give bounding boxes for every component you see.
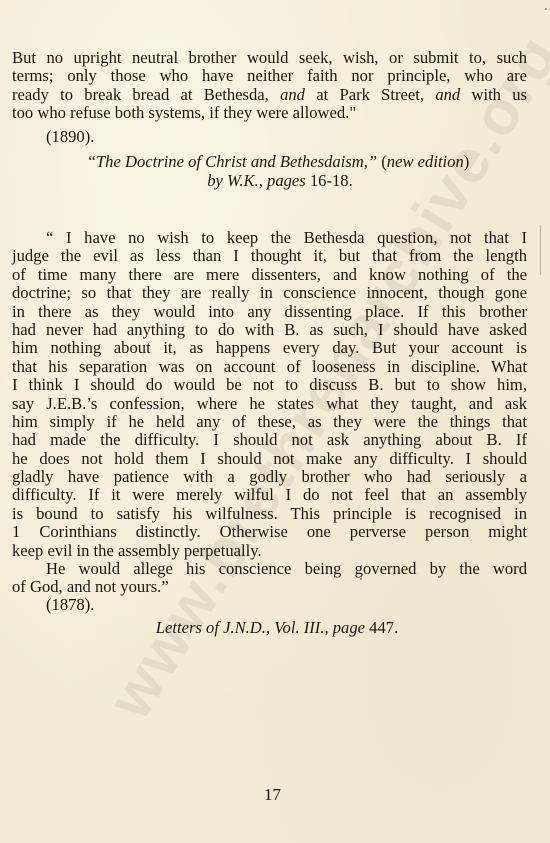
text-line: But no upright neutral brother would see… (12, 49, 527, 67)
text-line: “ I have no wish to keep the Bethesda qu… (12, 229, 527, 247)
text-line: in there as they would into any dissenti… (12, 303, 527, 321)
first-quote-source: “The Doctrine of Christ and Bethesdaism,… (0, 152, 550, 190)
speck (360, 578, 362, 580)
source-edition: new edition (387, 152, 464, 171)
text-line: say J.E.B.’s confession, where he states… (12, 395, 527, 413)
text-line: I think I should do would be not to disc… (12, 376, 527, 394)
source-author: by W.K., pages (207, 171, 305, 190)
text-line: He would allege his conscience being gov… (12, 560, 527, 578)
text-line: is bound to satisfy his wilfulness. This… (12, 505, 527, 523)
text-line: had made the difficulty. I should not as… (12, 431, 527, 449)
text-line: him simply if he held any of these, as t… (12, 413, 527, 431)
page-number: 17 (0, 785, 545, 805)
text-line: had never had anything to do with B. as … (12, 321, 527, 339)
source-line: by W.K., pages 16-18. (0, 171, 550, 190)
text-line: judge the evil as less than I thought it… (12, 247, 527, 265)
source-line: Letters of J.N.D., Vol. III., page 447. (0, 618, 550, 637)
second-quote-source: Letters of J.N.D., Vol. III., page 447. (0, 618, 550, 637)
paren-close: ) (464, 152, 470, 171)
text-line: that his separation was on account of lo… (12, 358, 527, 376)
margin-rule (540, 225, 541, 275)
emphasis: and (435, 85, 460, 104)
source-title: Letters of J.N.D., Vol. III., page (156, 618, 365, 637)
source-page: 447. (365, 618, 398, 637)
first-quote: But no upright neutral brother would see… (12, 49, 527, 123)
paren-open: ( (377, 152, 387, 171)
source-open-quote: “ (87, 152, 96, 171)
text-line: ready to break bread at Bethesda, and at… (12, 86, 527, 104)
text-span: with us (460, 85, 527, 104)
text-line: he does not hold them I should not make … (12, 450, 527, 468)
text-line: difficulty. If it were merely wilful I d… (12, 486, 527, 504)
source-line: “The Doctrine of Christ and Bethesdaism,… (0, 152, 550, 171)
text-line: keep evil in the assembly perpetually. (12, 542, 527, 560)
speck (545, 8, 547, 10)
book-page: www.brethrenarchive.org But no upright n… (0, 0, 550, 843)
text-line: of time many there are mere dissenters, … (12, 266, 527, 284)
text-line: gladly have patience with a godly brothe… (12, 468, 527, 486)
text-line: terms; only those who have neither faith… (12, 67, 527, 85)
text-line: doctrine; so that they are really in con… (12, 284, 527, 302)
emphasis: and (280, 85, 305, 104)
text-line: 1 Corinthians distinctly. Otherwise one … (12, 523, 527, 541)
text-line: him nothing about it, as happens every d… (12, 339, 527, 357)
text-line: too who refuse both systems, if they wer… (12, 104, 527, 122)
source-pages: 16-18. (306, 171, 353, 190)
text-span: ready to break bread at Bethesda, (12, 85, 280, 104)
source-title: The Doctrine of Christ and Bethesdaism,” (96, 152, 377, 171)
quote-year: (1890). (46, 127, 94, 147)
quote-year: (1878). (46, 595, 94, 615)
text-span: at Park Street, (305, 85, 435, 104)
second-quote: “ I have no wish to keep the Bethesda qu… (12, 229, 527, 597)
